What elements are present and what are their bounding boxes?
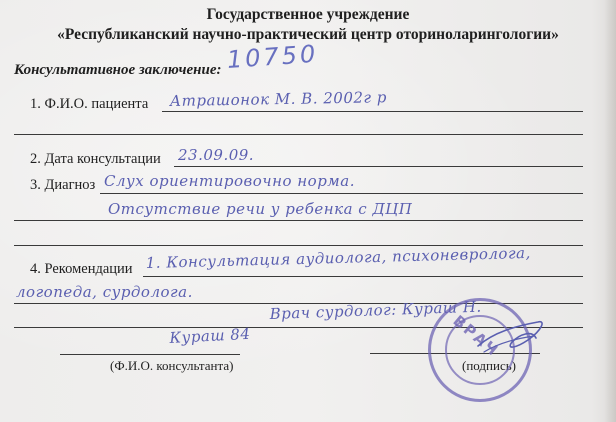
consultation-date-label: 2. Дата консультации — [30, 151, 161, 168]
diagnosis-line-2 — [14, 220, 583, 221]
consultant-name-underline — [60, 354, 240, 355]
signature-scribble-icon — [476, 312, 546, 362]
institution-line-1: Государственное учреждение — [0, 6, 616, 24]
recommendations-value-line-2[interactable]: логопеда, сурдолога. — [16, 283, 193, 301]
paper-edge-shadow — [604, 0, 616, 422]
diagnosis-value-line-2[interactable]: Отсутствие речи у ребенка с ДЦП — [108, 200, 412, 218]
patient-name-value[interactable]: Атрашонок М. В. 2002г р — [170, 88, 387, 110]
consultation-date-value[interactable]: 23.09.09. — [178, 146, 254, 164]
consultant-name-label: (Ф.И.О. консультанта) — [110, 358, 233, 374]
blank-line-1 — [14, 134, 583, 135]
diagnosis-underline — [100, 193, 583, 194]
document-title-label: Консультативное заключение: — [14, 62, 221, 79]
patient-name-underline — [162, 111, 583, 112]
recommendations-underline — [143, 276, 583, 277]
diagnosis-value-line-1[interactable]: Слух ориентировочно норма. — [104, 172, 355, 190]
diagnosis-label: 3. Диагноз — [30, 177, 95, 194]
recommendations-label: 4. Рекомендации — [30, 261, 133, 278]
patient-name-label: 1. Ф.И.О. пациента — [30, 96, 148, 113]
consultation-date-underline — [174, 166, 583, 167]
